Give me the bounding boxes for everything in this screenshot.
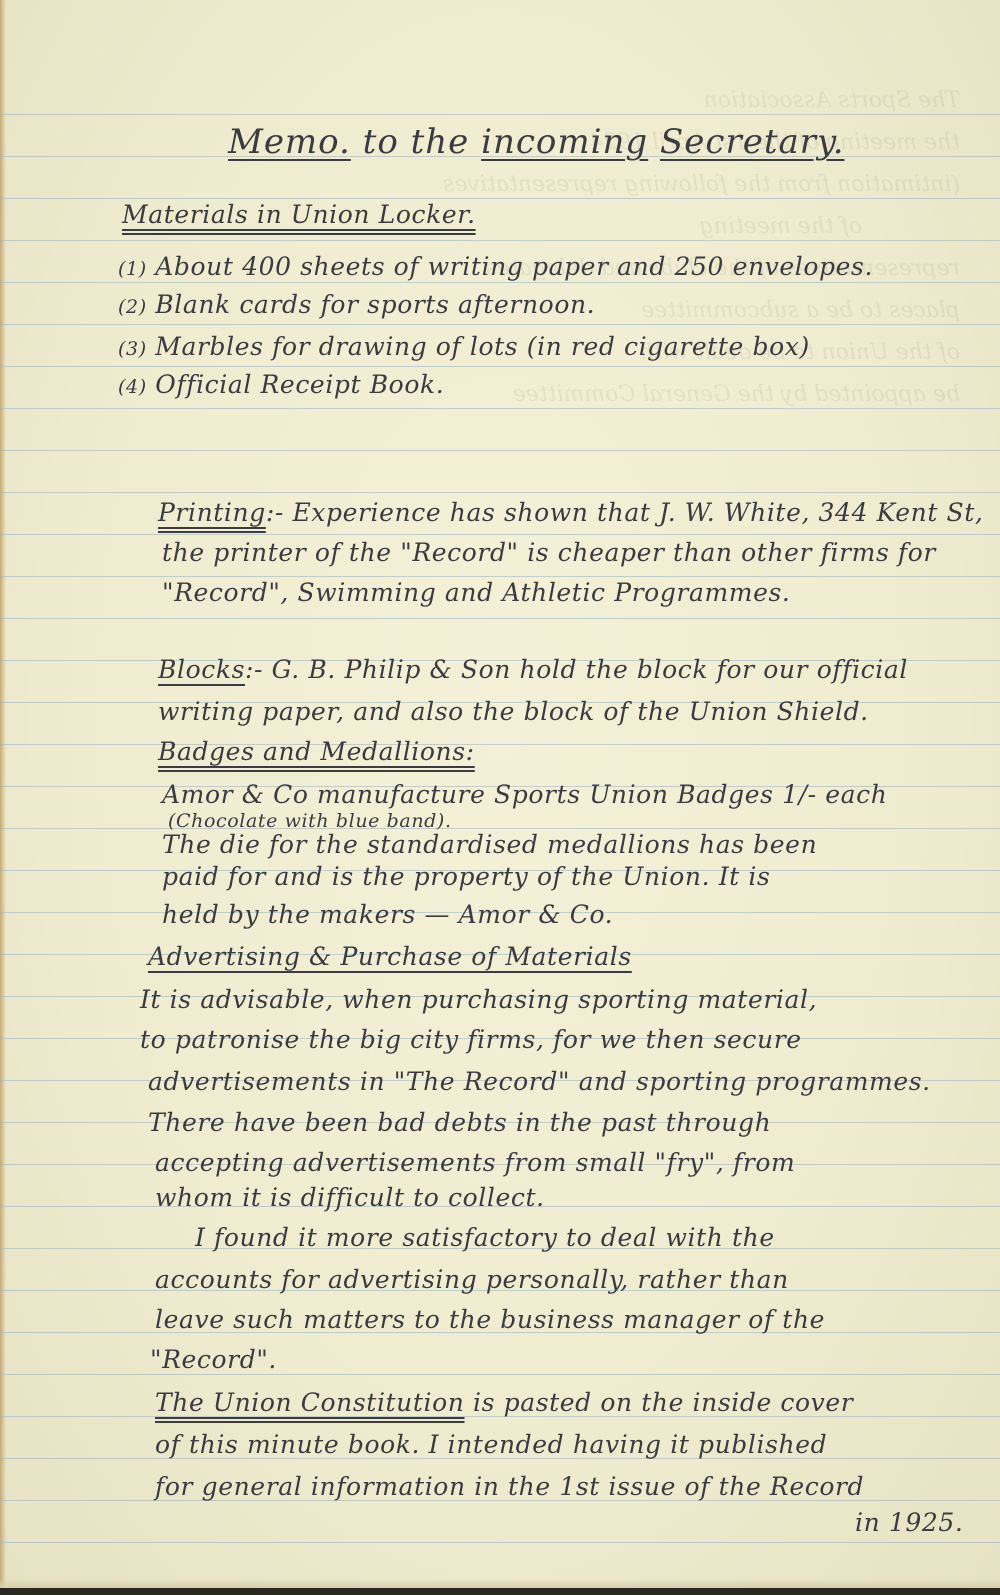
item-number: (2) <box>118 296 147 318</box>
blocks-line-2: writing paper, and also the block of the… <box>158 697 869 726</box>
advertising-line-5: accepting advertisements from small "fry… <box>155 1148 795 1177</box>
advertising-line-8: accounts for advertising personally, rat… <box>155 1265 789 1294</box>
title-word-memo: Memo. <box>228 122 351 162</box>
title-word-secretary: Secretary. <box>660 122 845 162</box>
advertising-line-1: It is advisable, when purchasing sportin… <box>140 985 817 1014</box>
blocks-text: :- G. B. Philip & Son hold the block for… <box>245 655 908 684</box>
item-text: Official Receipt Book. <box>155 370 444 399</box>
printing-line-2: the printer of the "Record" is cheaper t… <box>162 538 936 567</box>
materials-item-2: (2) Blank cards for sports afternoon. <box>118 290 595 319</box>
advertising-line-9: leave such matters to the business manag… <box>155 1305 825 1334</box>
printing-text: :- Experience has shown that J. W. White… <box>266 498 984 527</box>
item-text: Marbles for drawing of lots (in red ciga… <box>155 332 810 361</box>
memo-title: Memo. to the incoming Secretary. <box>228 122 845 162</box>
constitution-text: is pasted on the inside cover <box>464 1388 853 1417</box>
badges-line-5: held by the makers — Amor & Co. <box>162 900 613 929</box>
badges-line-2: (Chocolate with blue band). <box>168 810 452 832</box>
advertising-line-7: I found it more satisfactory to deal wit… <box>195 1223 775 1252</box>
advertising-line-4: There have been bad debts in the past th… <box>148 1108 771 1137</box>
item-number: (1) <box>118 258 147 280</box>
advertising-line-6: whom it is difficult to collect. <box>155 1183 545 1212</box>
printing-line-1: Printing:- Experience has shown that J. … <box>158 498 983 527</box>
constitution-line-1: The Union Constitution is pasted on the … <box>155 1388 853 1417</box>
advertising-heading: Advertising & Purchase of Materials <box>148 942 632 971</box>
badges-line-1: Amor & Co manufacture Sports Union Badge… <box>162 780 887 809</box>
advertising-line-3: advertisements in "The Record" and sport… <box>148 1067 931 1096</box>
constitution-line-4: in 1925. <box>855 1508 963 1537</box>
advertising-line-10: "Record". <box>150 1345 277 1374</box>
notebook-page: The Sports Association the meeting of th… <box>0 0 1000 1588</box>
materials-heading: Materials in Union Locker. <box>122 200 476 229</box>
badges-heading: Badges and Medallions: <box>158 737 475 766</box>
materials-item-3: (3) Marbles for drawing of lots (in red … <box>118 332 810 361</box>
item-number: (4) <box>118 376 147 398</box>
item-number: (3) <box>118 338 147 360</box>
printing-heading: Printing <box>158 498 266 527</box>
badges-line-4: paid for and is the property of the Unio… <box>162 862 770 891</box>
constitution-heading: The Union Constitution <box>155 1388 464 1417</box>
blocks-line-1: Blocks:- G. B. Philip & Son hold the blo… <box>158 655 908 684</box>
materials-item-4: (4) Official Receipt Book. <box>118 370 444 399</box>
constitution-line-3: for general information in the 1st issue… <box>155 1472 864 1501</box>
item-text: Blank cards for sports afternoon. <box>155 290 595 319</box>
item-text: About 400 sheets of writing paper and 25… <box>155 252 873 281</box>
materials-item-1: (1) About 400 sheets of writing paper an… <box>118 252 873 281</box>
title-words-to-the: to the <box>363 122 470 162</box>
printing-line-3: "Record", Swimming and Athletic Programm… <box>162 578 790 607</box>
advertising-line-2: to patronise the big city firms, for we … <box>140 1025 802 1054</box>
constitution-line-2: of this minute book. I intended having i… <box>155 1430 827 1459</box>
title-word-incoming: incoming <box>481 122 648 162</box>
badges-line-3: The die for the standardised medallions … <box>162 830 817 859</box>
blocks-heading: Blocks <box>158 655 245 684</box>
